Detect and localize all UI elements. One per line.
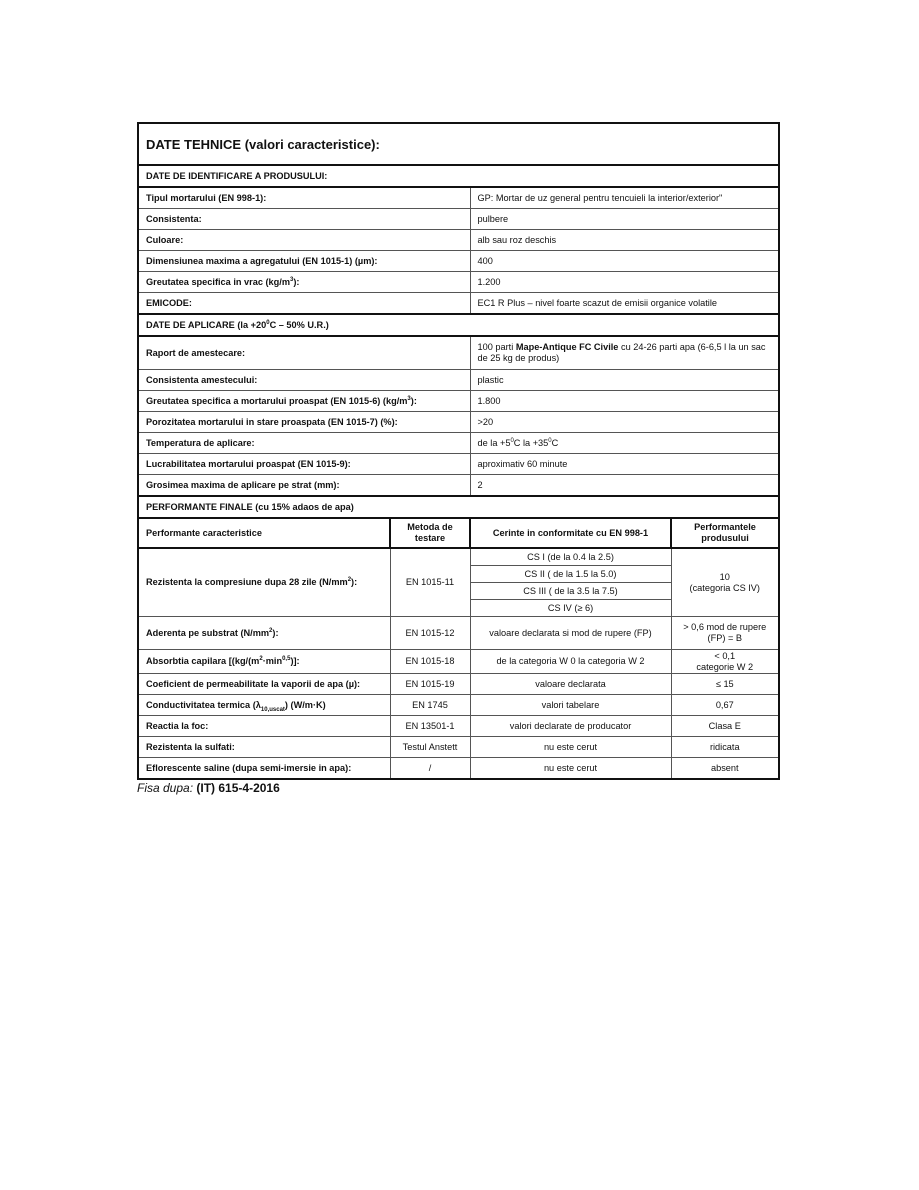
table-row: Greutatea specifica a mortarului proaspa… <box>138 391 779 412</box>
sheet-footer: Fisa dupa: (IT) 615-4-2016 <box>137 781 778 795</box>
table-row: Rezistenta la compresiune dupa 28 zile (… <box>138 548 779 566</box>
row-value: plastic <box>470 370 779 391</box>
product-performance: Clasa E <box>671 716 779 737</box>
table-row: Greutatea specifica in vrac (kg/m3): 1.2… <box>138 272 779 293</box>
row-label: Consistenta amestecului: <box>138 370 470 391</box>
row-label: Absorbtia capilara [(kg/(m2·min0,5)]: <box>138 650 390 674</box>
table-row: Absorbtia capilara [(kg/(m2·min0,5)]: EN… <box>138 650 779 674</box>
table-row: Porozitatea mortarului in stare proaspat… <box>138 412 779 433</box>
row-label: Consistenta: <box>138 209 470 230</box>
requirement: valoare declarata <box>470 674 671 695</box>
row-value: alb sau roz deschis <box>470 230 779 251</box>
requirement: valori tabelare <box>470 695 671 716</box>
product-performance: 10(categoria CS IV) <box>671 548 779 617</box>
product-performance: < 0,1categorie W 2 <box>671 650 779 674</box>
test-method: EN 1015-19 <box>390 674 470 695</box>
row-value: 400 <box>470 251 779 272</box>
table-row: Coeficient de permeabilitate la vaporii … <box>138 674 779 695</box>
row-label: Greutatea specifica in vrac (kg/m3): <box>138 272 470 293</box>
row-value: 1.200 <box>470 272 779 293</box>
table-row: Eflorescente saline (dupa semi-imersie i… <box>138 758 779 780</box>
requirement: CS II ( de la 1.5 la 5.0) <box>470 566 671 583</box>
column-header: Cerinte in conformitate cu EN 998-1 <box>470 518 671 548</box>
section-identification-heading: DATE DE IDENTIFICARE A PRODUSULUI: <box>138 165 779 187</box>
table-row: Consistenta amestecului: plastic <box>138 370 779 391</box>
table-row: Temperatura de aplicare: de la +50C la +… <box>138 433 779 454</box>
table-row: Grosimea maxima de aplicare pe strat (mm… <box>138 475 779 497</box>
product-performance: > 0,6 mod de rupere(FP) = B <box>671 617 779 650</box>
row-value: aproximativ 60 minute <box>470 454 779 475</box>
table-row: Dimensiunea maxima a agregatului (EN 101… <box>138 251 779 272</box>
column-header: Metoda de testare <box>390 518 470 548</box>
technical-data-table: DATE TEHNICE (valori caracteristice): DA… <box>137 122 780 780</box>
row-label: Tipul mortarului (EN 998-1): <box>138 187 470 209</box>
row-label: Temperatura de aplicare: <box>138 433 470 454</box>
table-row: Aderenta pe substrat (N/mm2): EN 1015-12… <box>138 617 779 650</box>
row-value: GP: Mortar de uz general pentru tencuiel… <box>470 187 779 209</box>
product-performance: ≤ 15 <box>671 674 779 695</box>
test-method: EN 1015-12 <box>390 617 470 650</box>
row-label: Aderenta pe substrat (N/mm2): <box>138 617 390 650</box>
row-label: Dimensiunea maxima a agregatului (EN 101… <box>138 251 470 272</box>
test-method: Testul Anstett <box>390 737 470 758</box>
product-performance: 0,67 <box>671 695 779 716</box>
test-method: / <box>390 758 470 780</box>
table-row: Conductivitatea termica (λ10,uscat) (W/m… <box>138 695 779 716</box>
footer-reference: (IT) 615-4-2016 <box>196 781 279 795</box>
requirement: CS I (de la 0.4 la 2.5) <box>470 548 671 566</box>
row-label: Coeficient de permeabilitate la vaporii … <box>138 674 390 695</box>
test-method: EN 1015-18 <box>390 650 470 674</box>
row-label: Culoare: <box>138 230 470 251</box>
row-label: Eflorescente saline (dupa semi-imersie i… <box>138 758 390 780</box>
row-value: 1.800 <box>470 391 779 412</box>
requirement: de la categoria W 0 la categoria W 2 <box>470 650 671 674</box>
table-row: Tipul mortarului (EN 998-1): GP: Mortar … <box>138 187 779 209</box>
table-row: Lucrabilitatea mortarului proaspat (EN 1… <box>138 454 779 475</box>
table-row: EMICODE: EC1 R Plus – nivel foarte scazu… <box>138 293 779 315</box>
row-label: EMICODE: <box>138 293 470 315</box>
row-label: Lucrabilitatea mortarului proaspat (EN 1… <box>138 454 470 475</box>
section-application-heading: DATE DE APLICARE (la +200C – 50% U.R.) <box>138 314 779 336</box>
test-method: EN 1745 <box>390 695 470 716</box>
column-header: Performante caracteristice <box>138 518 390 548</box>
sheet-title: DATE TEHNICE (valori caracteristice): <box>138 123 779 165</box>
section-performance-heading: PERFORMANTE FINALE (cu 15% adaos de apa) <box>138 496 779 518</box>
requirement: CS IV (≥ 6) <box>470 600 671 617</box>
requirement: valoare declarata si mod de rupere (FP) <box>470 617 671 650</box>
test-method: EN 1015-11 <box>390 548 470 617</box>
footer-prefix: Fisa dupa: <box>137 781 193 795</box>
row-label: Porozitatea mortarului in stare proaspat… <box>138 412 470 433</box>
requirement: CS III ( de la 3.5 la 7.5) <box>470 583 671 600</box>
row-label: Grosimea maxima de aplicare pe strat (mm… <box>138 475 470 497</box>
row-label: Greutatea specifica a mortarului proaspa… <box>138 391 470 412</box>
requirement: nu este cerut <box>470 737 671 758</box>
row-label: Raport de amestecare: <box>138 336 470 370</box>
table-row: Reactia la foc: EN 13501-1 valori declar… <box>138 716 779 737</box>
row-label: Conductivitatea termica (λ10,uscat) (W/m… <box>138 695 390 716</box>
row-label: Rezistenta la compresiune dupa 28 zile (… <box>138 548 390 617</box>
row-label: Reactia la foc: <box>138 716 390 737</box>
row-value: pulbere <box>470 209 779 230</box>
row-label: Rezistenta la sulfati: <box>138 737 390 758</box>
product-performance: ridicata <box>671 737 779 758</box>
requirement: nu este cerut <box>470 758 671 780</box>
table-row: Culoare: alb sau roz deschis <box>138 230 779 251</box>
performance-header-row: Performante caracteristice Metoda de tes… <box>138 518 779 548</box>
test-method: EN 13501-1 <box>390 716 470 737</box>
table-row: Consistenta: pulbere <box>138 209 779 230</box>
table-row: Rezistenta la sulfati: Testul Anstett nu… <box>138 737 779 758</box>
product-performance: absent <box>671 758 779 780</box>
row-value: 2 <box>470 475 779 497</box>
row-value: de la +50C la +350C <box>470 433 779 454</box>
column-header: Performantele produsului <box>671 518 779 548</box>
requirement: valori declarate de producator <box>470 716 671 737</box>
table-row: Raport de amestecare: 100 parti Mape-Ant… <box>138 336 779 370</box>
row-value: >20 <box>470 412 779 433</box>
technical-data-sheet: DATE TEHNICE (valori caracteristice): DA… <box>137 122 778 795</box>
row-value: EC1 R Plus – nivel foarte scazut de emis… <box>470 293 779 315</box>
row-value: 100 parti Mape-Antique FC Civile cu 24-2… <box>470 336 779 370</box>
